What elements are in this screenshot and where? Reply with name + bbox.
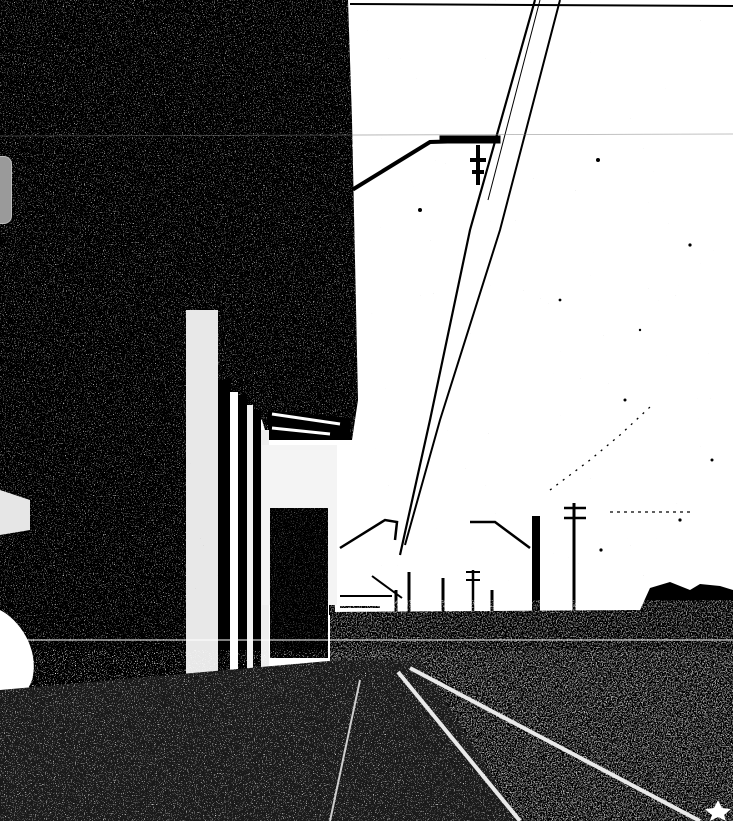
- drag-handle-icon[interactable]: [0, 156, 12, 224]
- railway-photo: [0, 0, 733, 821]
- photo-canvas: [0, 0, 733, 821]
